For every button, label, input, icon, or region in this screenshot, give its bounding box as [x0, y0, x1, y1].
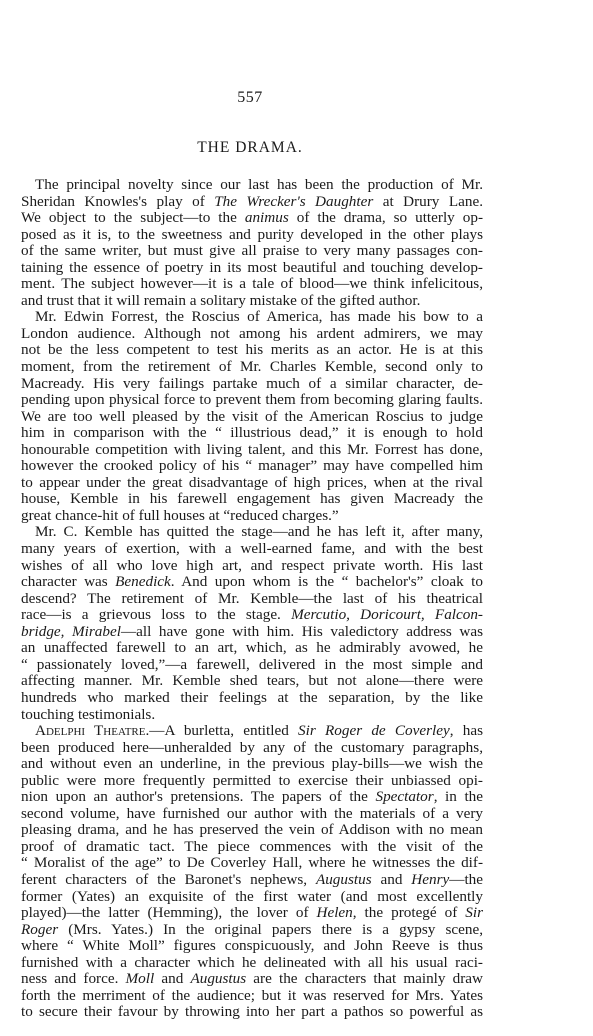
- text-line: house, Kemble in his farewell engagement…: [21, 491, 483, 508]
- text-line: Sheridan Knowles's play of The Wrecker's…: [21, 194, 483, 211]
- text-line: “ Moralist of the age” to De Coverley Ha…: [21, 855, 483, 872]
- page-number: 557: [0, 89, 500, 107]
- text-line: many years of exertion, with a well-earn…: [21, 541, 483, 558]
- text-line: not be the less competent to test his me…: [21, 342, 483, 359]
- text-line: “ passionately loved,”—a farewell, deliv…: [21, 657, 483, 674]
- text-line: descend? The retirement of Mr. Kemble—th…: [21, 591, 483, 608]
- text-line: however the crooked policy of his “ mana…: [21, 458, 483, 475]
- text-line: Mr. Edwin Forrest, the Roscius of Americ…: [21, 309, 483, 326]
- text-line: ferent characters of the Baronet's nephe…: [21, 872, 483, 889]
- text-line: nion upon an author's pretensions. The p…: [21, 789, 483, 806]
- text-line: Adelphi Theatre.—A burletta, entitled Si…: [21, 723, 483, 740]
- text-line: furnished with a character which he deli…: [21, 955, 483, 972]
- text-line: Mr. C. Kemble has quitted the stage—and …: [21, 524, 483, 541]
- text-line: moment, from the retirement of Mr. Charl…: [21, 359, 483, 376]
- text-line: where “ White Moll” figures conspicuousl…: [21, 938, 483, 955]
- text-line: pleasing drama, and he has preserved the…: [21, 822, 483, 839]
- text-line: character was Benedick. And upon whom is…: [21, 574, 483, 591]
- text-line: The principal novelty since our last has…: [21, 177, 483, 194]
- text-line: to appear under the great disadvantage o…: [21, 475, 483, 492]
- text-line: We object to the subject—to the animus o…: [21, 210, 483, 227]
- text-line: Macready. His very failings partake much…: [21, 376, 483, 393]
- text-line: affecting manner. Mr. Kemble shed tears,…: [21, 673, 483, 690]
- text-line: to secure their favour by throwing into …: [21, 1004, 483, 1021]
- text-line: and without even an underline, in the pr…: [21, 756, 483, 773]
- text-line: pending upon physical force to prevent t…: [21, 392, 483, 409]
- text-line: ness and force. Moll and Augustus are th…: [21, 971, 483, 988]
- article-body: The principal novelty since our last has…: [21, 177, 483, 1021]
- text-line: Roger (Mrs. Yates.) In the original pape…: [21, 922, 483, 939]
- text-line: honourable competition with living talen…: [21, 442, 483, 459]
- text-line: public were more frequently permitted to…: [21, 773, 483, 790]
- text-line: ment. The subject however—it is a tale o…: [21, 276, 483, 293]
- text-line: and trust that it will remain a solitary…: [21, 293, 483, 310]
- text-line: played)—the latter (Hemming), the lover …: [21, 905, 483, 922]
- text-line: forth the merriment of the audience; but…: [21, 988, 483, 1005]
- text-line: wishes of all who love high art, and res…: [21, 558, 483, 575]
- text-line: great chance-hit of full houses at “redu…: [21, 508, 483, 525]
- text-line: an unaffected farewell to an art, which,…: [21, 640, 483, 657]
- text-line: touching testimonials.: [21, 707, 483, 724]
- text-line: proof of dramatic tact. The piece commen…: [21, 839, 483, 856]
- text-line: London audience. Although not among his …: [21, 326, 483, 343]
- text-line: hundreds who marked their feelings at th…: [21, 690, 483, 707]
- text-line: race—is a grievous loss to the stage. Me…: [21, 607, 483, 624]
- text-line: him in comparison with the “ illustrious…: [21, 425, 483, 442]
- text-line: bridge, Mirabel—all have gone with him. …: [21, 624, 483, 641]
- text-line: former (Yates) an exquisite of the first…: [21, 889, 483, 906]
- text-line: been produced here—unheralded by any of …: [21, 740, 483, 757]
- page-title: THE DRAMA.: [0, 139, 500, 157]
- text-line: second volume, have furnished our author…: [21, 806, 483, 823]
- text-line: taining the essence of poetry in its mos…: [21, 260, 483, 277]
- text-line: of the same writer, but must give all pr…: [21, 243, 483, 260]
- text-line: We are too well pleased by the visit of …: [21, 409, 483, 426]
- text-line: posed as it is, to the sweetness and pur…: [21, 227, 483, 244]
